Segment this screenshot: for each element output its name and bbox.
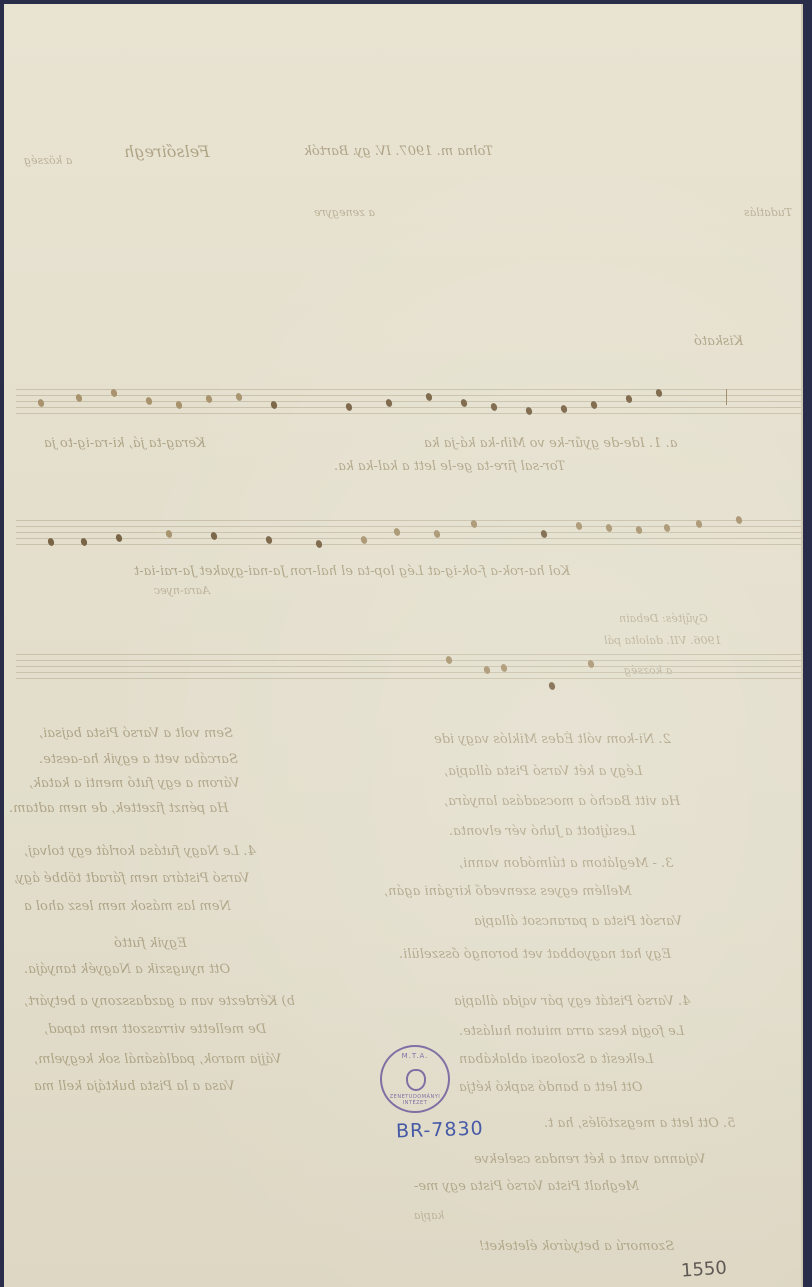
crest-icon [406,1069,426,1091]
stanza-line: Ha pénzt fizettek, de nem adtam. [9,801,229,816]
note-line2: 1906. VII. dalolta pál [604,634,721,647]
stanza-line: b) Kérdezte van a gazdasszony a betyárt, [24,994,295,1009]
stanza-line: Varsót Pista a parancsot állapja [474,914,682,929]
stanza-line: Le fogja kesz arra miuton huláste. [459,1024,684,1039]
stanza-line: 4. Varsó Pistát egy pár vajda állapja [454,994,690,1009]
header-date: Tolna m. 1907. IV. gy. Bartók [304,144,493,159]
stamp-ring-text: ZENETUDOMÁNYI INTÉZET [382,1094,448,1106]
shelfmark: BR-7830 [396,1117,484,1142]
music-staff-1 [16,389,801,413]
verse1-line1: a. 1. Ide-de gyűr-ke vo Mih-ka ká-ja ka [424,436,677,451]
stanza-line: Légy a két Varsó Pista állapja, [444,764,642,779]
music-staff-3 [16,654,801,678]
stanza-line: kapja [414,1209,444,1222]
library-stamp: M.T.A. ZENETUDOMÁNYI INTÉZET [380,1045,450,1113]
stanza-line: De mellette virraszott nem tapad, [44,1022,266,1037]
header-label: Tudatlás [744,206,792,219]
stanza-line: 5. Ott lett a megsztölés, ha t. [544,1116,735,1131]
header-sub: a zenegyre [314,206,375,219]
stanza-line: Szomorú a betyárok életeket! [479,1239,674,1254]
header-left: a község [24,154,72,167]
stanza-line: Egyik futtó [114,936,187,951]
stanza-line: Várom a egy futó menti a katak, [29,776,240,791]
verse2-line1: Kol ha-rok-a f-ok-ig-at Lég lop-ta el ha… [134,564,570,579]
stanza-line: Ott nyugszik a Nagyék tanyája. [24,962,230,977]
stanza-line: Vájja marok, padlásánál sok kegyelm, [34,1052,281,1067]
header-title: Felsőiregh [124,142,209,161]
stamp-top-text: M.T.A. [382,1052,448,1060]
folio-number: 1550 [680,1257,727,1281]
stanza-line: 2. Ni-kom vólt Édes Miklós vagy ide [434,732,671,747]
stanza-line: Vasa a la Pista buktája kell ma [34,1079,235,1094]
stanza-line: Ha vitt Bachó a mocsadása lanyára, [444,794,680,809]
verse1-line1b: Kerag-ta já, ki-ra-ig-to ja [44,436,206,451]
stanza-line: Nem las mások nem lesz ahol a [24,899,231,914]
stanza-line: 4. Le Nagy futása korlát egy tolvaj, [24,844,256,859]
note-line1: Gyűjtés: Debain [619,612,708,625]
verse2-line2: Aara-nyec [154,584,210,597]
stanza-line: Lesújtott a Juhó vér elvonta. [449,824,636,839]
section-title: Kiskató [694,334,743,349]
stanza-line: Egy hat nagyobbat vet borongó ősszelüli. [399,947,671,962]
stanza-line: Ott lett a bandó sapkó kétja [459,1080,642,1095]
manuscript-page: a község Felsőiregh Tolna m. 1907. IV. g… [4,4,803,1287]
stanza-line: Vajanna vant a két rendas cselekve [474,1152,706,1167]
verse1-line2: Tor-sal fire-ta ge-le lett a kal-ka ka. [334,459,565,474]
stanza-line: Varsó Pistára nem fáradt többé ágy, [14,871,250,886]
music-staff-2 [16,520,801,544]
stanza-line: Meghalt Pista Varsó Pista egy me- [414,1179,639,1194]
stanza-line: Sem volt a Varsó Pista bajsai, [39,726,233,741]
stanza-line: Sarcába vett a egyik ha-aeste. [39,752,238,767]
stanza-line: 3. - Meglátom a túlmódon vanni, [459,856,673,871]
stanza-line: Lelkesít a Szolosai ablakában [459,1052,653,1067]
stanza-line: Mellém egyes szenvedő kirgáni agán, [384,884,632,899]
